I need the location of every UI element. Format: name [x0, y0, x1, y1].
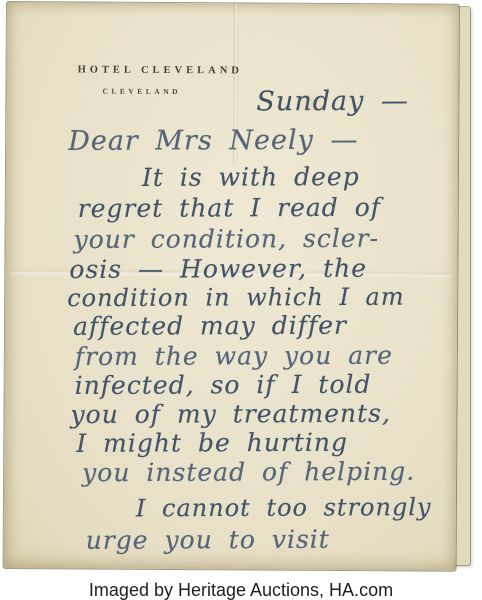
handwriting-line: It is with deep	[142, 162, 360, 192]
image-credit-caption: Imaged by Heritage Auctions, HA.com	[0, 580, 482, 600]
handwriting-line: condition in which I am	[67, 283, 405, 312]
letterhead-hotel-city: CLEVELAND	[102, 87, 181, 96]
handwriting-line: you of my treatments,	[70, 399, 391, 429]
handwriting-line: your condition, scler-	[73, 224, 379, 254]
handwriting-salutation: Dear Mrs Neely —	[68, 125, 358, 157]
handwriting-line: from the way you are	[75, 341, 393, 371]
letter-photograph: HOTEL CLEVELAND CLEVELAND Sunday — Dear …	[0, 0, 482, 600]
handwriting-line: you instead of helping.	[82, 457, 415, 487]
handwriting-line: osis — However, the	[69, 254, 367, 284]
handwriting-line: regret that I read of	[78, 193, 381, 223]
handwriting-line: infected, so if I told	[75, 370, 372, 400]
handwriting-dateline: Sunday —	[256, 86, 409, 118]
letterhead-hotel-name: HOTEL CLEVELAND	[78, 64, 243, 76]
handwriting-line: I might be hurting	[76, 428, 348, 458]
handwriting-line: affected may differ	[73, 311, 347, 341]
handwriting-line: I cannot too strongly	[136, 493, 432, 522]
letter-front-page: HOTEL CLEVELAND CLEVELAND Sunday — Dear …	[4, 2, 459, 571]
handwriting-line: urge you to visit	[86, 525, 330, 555]
